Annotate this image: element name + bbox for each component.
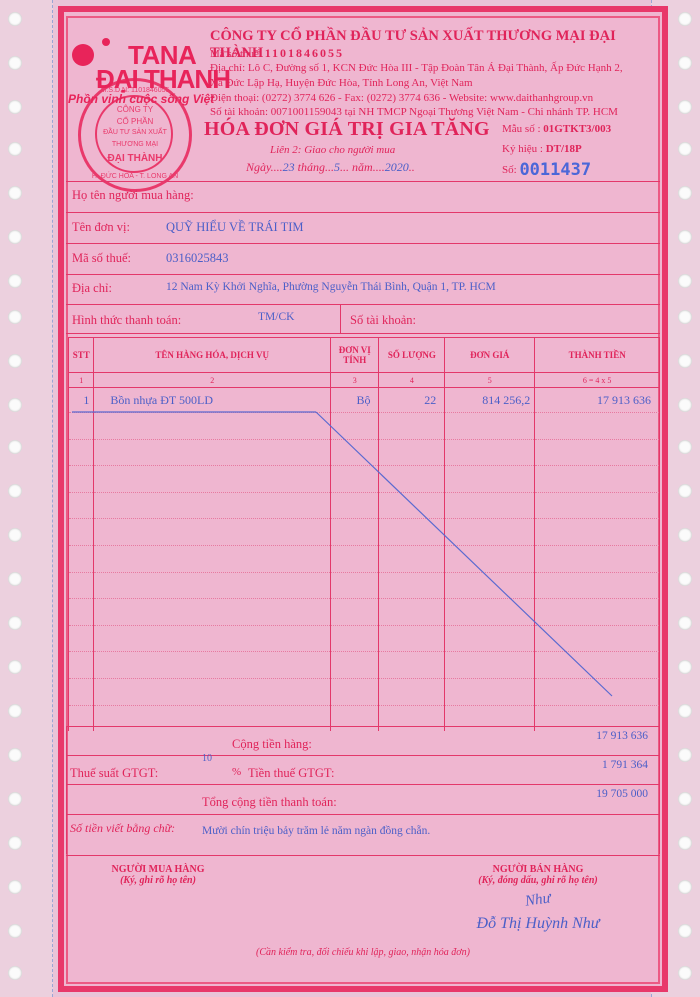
seller-signature-block: NGƯỜI BÁN HÀNG (Ký, đóng dấu, ghi rõ họ … xyxy=(438,864,638,933)
feed-hole xyxy=(8,398,22,412)
feed-hole xyxy=(678,12,692,26)
feed-hole xyxy=(8,528,22,542)
feed-hole xyxy=(678,748,692,762)
buyer-signature-title: NGƯỜI MUA HÀNG xyxy=(78,864,238,875)
feed-hole xyxy=(8,924,22,938)
feed-hole xyxy=(8,56,22,70)
seller-signature-title: NGƯỜI BÁN HÀNG xyxy=(438,864,638,875)
feed-hole xyxy=(678,704,692,718)
feed-hole xyxy=(8,186,22,200)
buyer-signature-block: NGƯỜI MUA HÀNG (Ký, ghi rõ họ tên) xyxy=(78,864,238,886)
feed-hole xyxy=(8,748,22,762)
feed-hole xyxy=(678,966,692,980)
feed-hole xyxy=(8,880,22,894)
feed-hole xyxy=(678,354,692,368)
feed-hole xyxy=(678,142,692,156)
feed-hole xyxy=(678,186,692,200)
totals-border xyxy=(66,726,660,854)
feed-hole xyxy=(8,792,22,806)
feed-hole xyxy=(8,484,22,498)
feed-hole xyxy=(678,56,692,70)
invoice-sheet: TANA ĐẠI THANH Phồn vinh cuộc sống Việt … xyxy=(58,6,668,992)
feed-hole xyxy=(678,924,692,938)
buyer-signature-note: (Ký, ghi rõ họ tên) xyxy=(78,875,238,886)
feed-hole xyxy=(678,572,692,586)
feed-hole xyxy=(678,398,692,412)
feed-hole xyxy=(8,142,22,156)
feed-hole xyxy=(678,660,692,674)
feed-hole xyxy=(8,230,22,244)
feed-hole xyxy=(678,528,692,542)
feed-hole xyxy=(678,230,692,244)
feed-hole xyxy=(678,440,692,454)
feed-hole xyxy=(678,836,692,850)
feed-hole xyxy=(678,616,692,630)
footer-note: (Cần kiểm tra, đối chiếu khi lập, giao, … xyxy=(58,947,668,958)
feed-hole xyxy=(8,836,22,850)
feed-hole xyxy=(8,616,22,630)
feed-hole xyxy=(678,484,692,498)
feed-hole xyxy=(8,310,22,324)
feed-hole xyxy=(8,274,22,288)
feed-hole xyxy=(678,310,692,324)
feed-hole xyxy=(678,792,692,806)
feed-hole xyxy=(8,354,22,368)
feed-hole xyxy=(8,440,22,454)
feed-hole xyxy=(8,572,22,586)
feed-hole xyxy=(8,660,22,674)
feed-hole xyxy=(8,704,22,718)
feed-hole xyxy=(678,274,692,288)
feed-hole xyxy=(678,100,692,114)
feed-hole xyxy=(678,880,692,894)
left-feed-strip xyxy=(0,0,53,997)
feed-hole xyxy=(8,966,22,980)
feed-hole xyxy=(8,100,22,114)
feed-hole xyxy=(8,12,22,26)
